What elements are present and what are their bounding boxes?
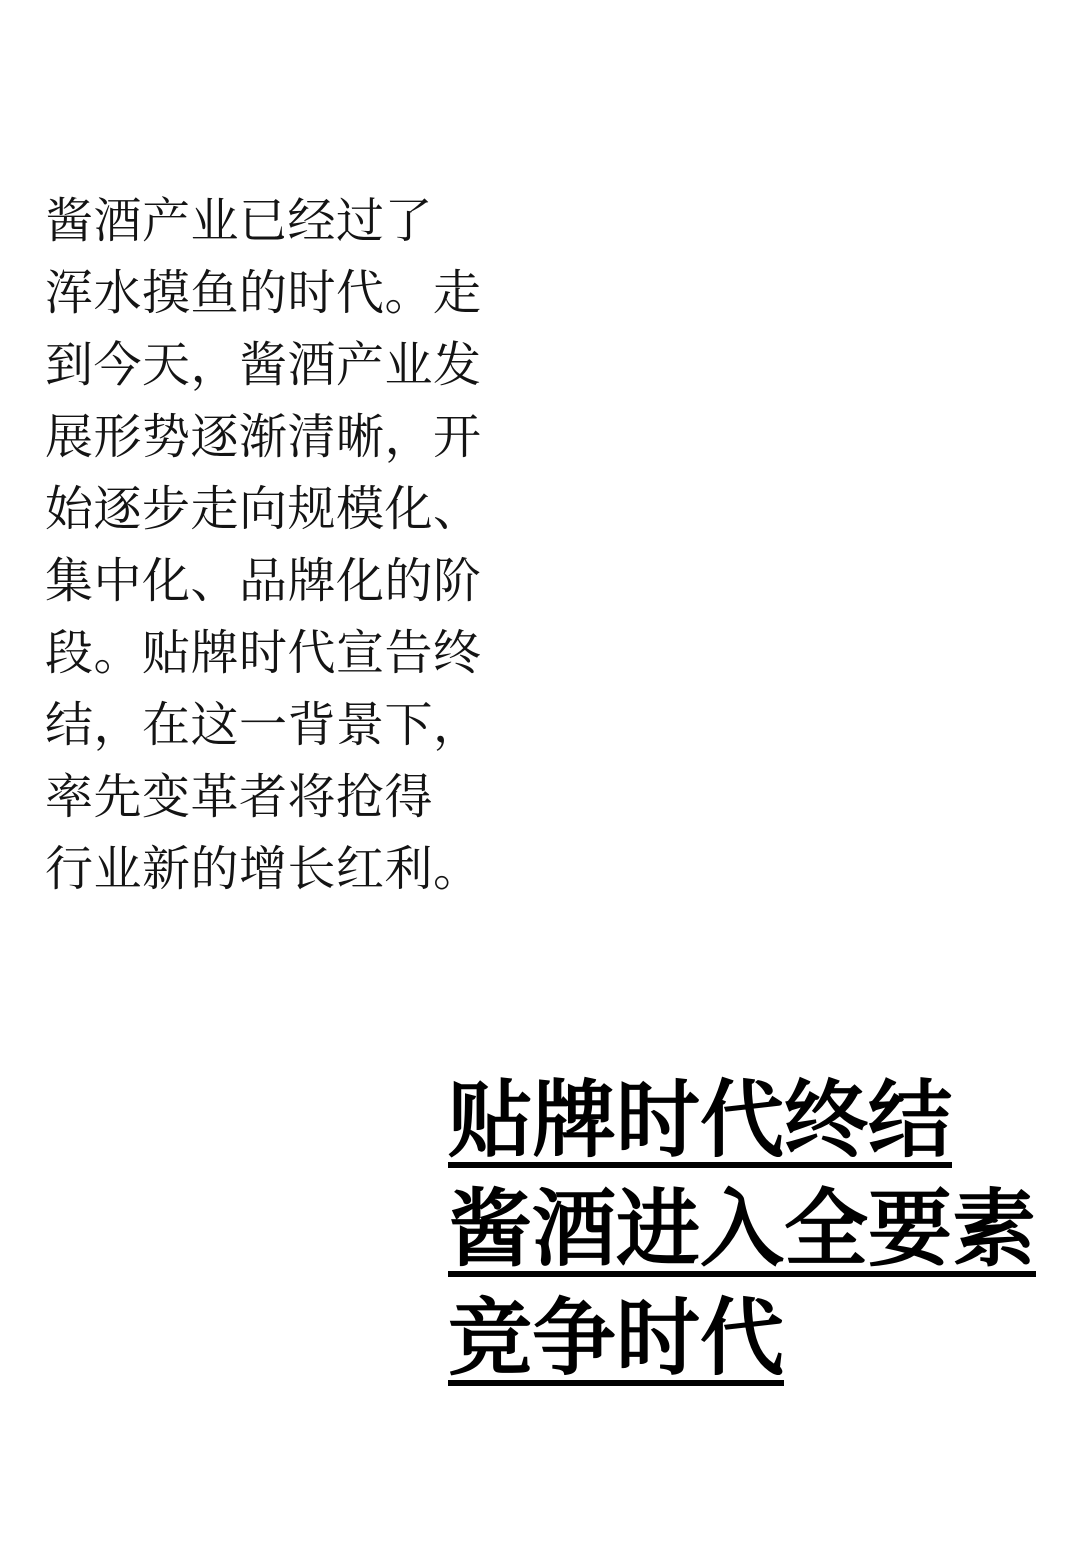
paragraph-line: 集中化、品牌化的阶	[45, 546, 482, 618]
headline-line: 贴牌时代终结	[448, 1072, 1036, 1169]
paragraph-line: 酱酒产业已经过了	[45, 186, 482, 258]
headline-line: 酱酒进入全要素	[448, 1181, 1036, 1278]
paragraph-line: 到今天，酱酒产业发	[45, 330, 482, 402]
headline-line-text: 贴牌时代终结	[448, 1078, 952, 1168]
headline-line: 竞争时代	[448, 1290, 1036, 1387]
paragraph-line: 浑水摸鱼的时代。走	[45, 258, 482, 330]
headline: 贴牌时代终结 酱酒进入全要素 竞争时代	[448, 1072, 1036, 1399]
paragraph-line: 行业新的增长红利。	[45, 834, 482, 906]
paragraph-line: 展形势逐渐清晰，开	[45, 402, 482, 474]
paragraph-line: 率先变革者将抢得	[45, 762, 482, 834]
paragraph-line: 结，在这一背景下，	[45, 690, 482, 762]
headline-line-text: 竞争时代	[448, 1296, 784, 1386]
paragraph-line: 段。贴牌时代宣告终	[45, 618, 482, 690]
paragraph-line: 始逐步走向规模化、	[45, 474, 482, 546]
headline-line-text: 酱酒进入全要素	[448, 1187, 1036, 1277]
intro-paragraph: 酱酒产业已经过了 浑水摸鱼的时代。走 到今天，酱酒产业发 展形势逐渐清晰，开 始…	[45, 186, 482, 906]
slide-card: 酱酒产业已经过了 浑水摸鱼的时代。走 到今天，酱酒产业发 展形势逐渐清晰，开 始…	[0, 0, 1080, 1557]
